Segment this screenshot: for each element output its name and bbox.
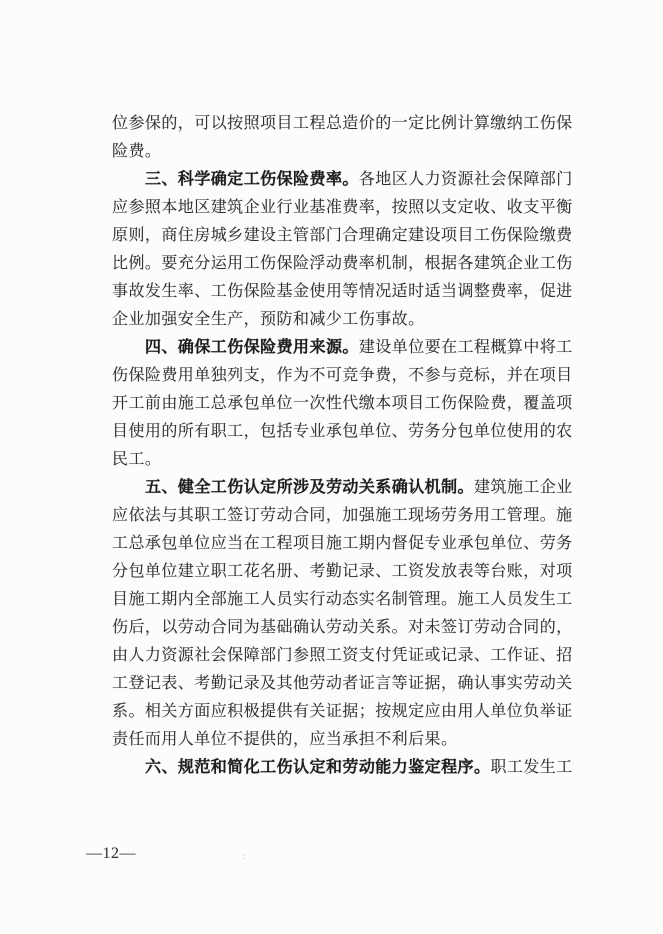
body-text: 责任而用人单位不提供的，应当承担不利后果。 [112,731,457,748]
text-line: 险费。 [112,138,578,166]
text-line: 民工。 [112,446,578,474]
text-line: 五、健全工伤认定所涉及劳动关系确认机制。建筑施工企业 [112,474,578,502]
text-line: 六、规范和简化工伤认定和劳动能力鉴定程序。职工发生工 [112,754,578,782]
text-line: 伤后，以劳动合同为基础确认劳动关系。对未签订劳动合同的， [112,614,578,642]
text-line: 分包单位建立职工花名册、考勤记录、工资发放表等台账，对项 [112,558,578,586]
text-line: 比例。要充分运用工伤保险浮动费率机制，根据各建筑企业工伤 [112,250,578,278]
text-line: 企业加强安全生产，预防和减少工伤事故。 [112,306,578,334]
body-text: 伤保险费用单独列支，作为不可竞争费，不参与竞标，并在项目 [112,367,573,384]
text-line: 目施工期内全部施工人员实行动态实名制管理。施工人员发生工 [112,586,578,614]
section-heading: 三、科学确定工伤保险费率。 [145,171,359,188]
text-line: 工登记表、考勤记录及其他劳动者证言等证据，确认事实劳动关 [112,670,578,698]
body-text: 险费。 [112,143,161,160]
scan-speck: . [263,82,265,88]
body-text: 建筑施工企业 [474,479,573,496]
body-text: 目施工期内全部施工人员实行动态实名制管理。施工人员发生工 [112,591,573,608]
text-line: 三、科学确定工伤保险费率。各地区人力资源社会保障部门 [112,166,578,194]
text-line: 事故发生率、工伤保险基金使用等情况适时适当调整费率，促进 [112,278,578,306]
body-text: 应参照本地区建筑企业行业基准费率，按照以支定收、收支平衡 [112,199,573,216]
document-page: 位参保的，可以按照项目工程总造价的一定比例计算缴纳工伤保险费。三、科学确定工伤保… [0,0,663,934]
section-heading: 五、健全工伤认定所涉及劳动关系确认机制。 [145,479,474,496]
text-line: 由人力资源社会保障部门参照工资支付凭证或记录、工作证、招 [112,642,578,670]
section-heading: 四、确保工伤保险费用来源。 [145,339,359,356]
body-text: 工总承包单位应当在工程项目施工期内督促专业承包单位、劳务 [112,535,573,552]
text-line: 应依法与其职工签订劳动合同，加强施工现场劳务用工管理。施 [112,502,578,530]
body-text: 开工前由施工总承包单位一次性代缴本项目工伤保险费，覆盖项 [112,395,573,412]
body-text: 伤后，以劳动合同为基础确认劳动关系。对未签订劳动合同的， [112,619,573,636]
body-text: 由人力资源社会保障部门参照工资支付凭证或记录、工作证、招 [112,647,573,664]
body-text: 比例。要充分运用工伤保险浮动费率机制，根据各建筑企业工伤 [112,255,573,272]
body-text: 应依法与其职工签订劳动合同，加强施工现场劳务用工管理。施 [112,507,573,524]
text-line: 原则，商住房城乡建设主管部门合理确定建设项目工伤保险缴费 [112,222,578,250]
text-line: 位参保的，可以按照项目工程总造价的一定比例计算缴纳工伤保 [112,110,578,138]
body-text: 工登记表、考勤记录及其他劳动者证言等证据，确认事实劳动关 [112,675,573,692]
text-line: 应参照本地区建筑企业行业基准费率，按照以支定收、收支平衡 [112,194,578,222]
body-text: 建设单位要在工程概算中将工 [359,339,573,356]
body-text: 原则，商住房城乡建设主管部门合理确定建设项目工伤保险缴费 [112,227,573,244]
body-text: 各地区人力资源社会保障部门 [359,171,573,188]
text-line: 工总承包单位应当在工程项目施工期内督促专业承包单位、劳务 [112,530,578,558]
body-text: 系。相关方面应积极提供有关证据；按规定应由用人单位负举证 [112,703,573,720]
text-line: 四、确保工伤保险费用来源。建设单位要在工程概算中将工 [112,334,578,362]
text-line: 系。相关方面应积极提供有关证据；按规定应由用人单位负举证 [112,698,578,726]
section-heading: 六、规范和简化工伤认定和劳动能力鉴定程序。 [145,759,490,776]
scan-speck: . [294,795,296,801]
text-line: 开工前由施工总承包单位一次性代缴本项目工伤保险费，覆盖项 [112,390,578,418]
body-text: 职工发生工 [490,759,572,776]
scan-speck: : [243,852,246,861]
body-text: 企业加强安全生产，预防和减少工伤事故。 [112,311,425,328]
body-text: 事故发生率、工伤保险基金使用等情况适时适当调整费率，促进 [112,283,573,300]
document-body: 位参保的，可以按照项目工程总造价的一定比例计算缴纳工伤保险费。三、科学确定工伤保… [112,110,578,782]
body-text: 目使用的所有职工，包括专业承包单位、劳务分包单位使用的农 [112,423,573,440]
text-line: 伤保险费用单独列支，作为不可竞争费，不参与竞标，并在项目 [112,362,578,390]
body-text: 分包单位建立职工花名册、考勤记录、工资发放表等台账，对项 [112,563,573,580]
text-line: 目使用的所有职工，包括专业承包单位、劳务分包单位使用的农 [112,418,578,446]
text-line: 责任而用人单位不提供的，应当承担不利后果。 [112,726,578,754]
body-text: 位参保的，可以按照项目工程总造价的一定比例计算缴纳工伤保 [112,115,573,132]
page-number: —12— [86,842,136,866]
body-text: 民工。 [112,451,161,468]
